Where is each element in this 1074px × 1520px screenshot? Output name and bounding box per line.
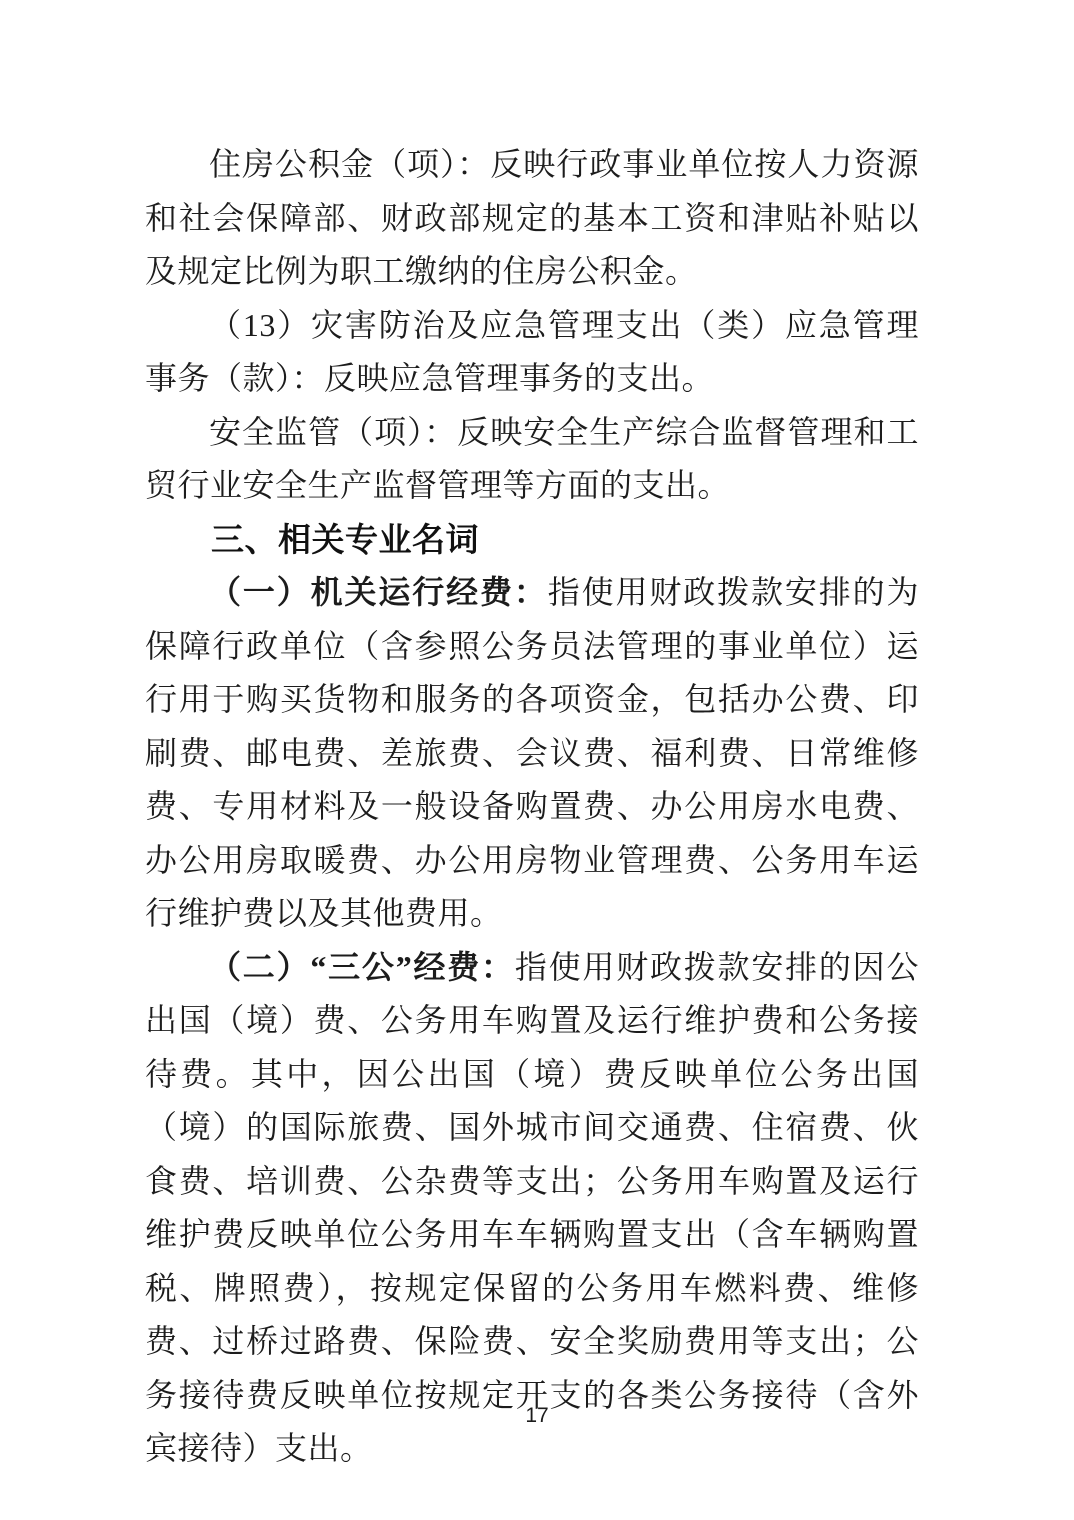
paragraph-text: 安全监管（项）：反映安全生产综合监督管理和工贸行业安全生产监督管理等方面的支出。 xyxy=(145,414,919,504)
section-heading-terms: 三、相关专业名词 xyxy=(145,513,919,567)
document-body: 住房公积金（项）：反映行政事业单位按人力资源和社会保障部、财政部规定的基本工资和… xyxy=(145,138,919,1476)
document-page: 住房公积金（项）：反映行政事业单位按人力资源和社会保障部、财政部规定的基本工资和… xyxy=(0,0,1074,1520)
term-lead-agency-operating-funds: （一）机关运行经费： xyxy=(209,574,548,610)
term-lead-three-public-funds: （二）“三公”经费： xyxy=(209,949,515,985)
paragraph-text: 指使用财政拨款安排的为保障行政单位（含参照公务员法管理的事业单位）运行用于购买货… xyxy=(145,574,919,931)
paragraph-three-public-funds: （二）“三公”经费：指使用财政拨款安排的因公出国（境）费、公务用车购置及运行维护… xyxy=(145,941,919,1476)
paragraph-text: 住房公积金（项）：反映行政事业单位按人力资源和社会保障部、财政部规定的基本工资和… xyxy=(145,146,919,289)
paragraph-safety-supervision: 安全监管（项）：反映安全生产综合监督管理和工贸行业安全生产监督管理等方面的支出。 xyxy=(145,406,919,513)
page-number: 17 xyxy=(0,1403,1074,1429)
paragraph-disaster-emergency: （13）灾害防治及应急管理支出（类）应急管理事务（款）：反映应急管理事务的支出。 xyxy=(145,299,919,406)
paragraph-housing-fund: 住房公积金（项）：反映行政事业单位按人力资源和社会保障部、财政部规定的基本工资和… xyxy=(145,138,919,299)
paragraph-agency-operating-funds: （一）机关运行经费：指使用财政拨款安排的为保障行政单位（含参照公务员法管理的事业… xyxy=(145,566,919,941)
paragraph-text: 指使用财政拨款安排的因公出国（境）费、公务用车购置及运行维护费和公务接待费。其中… xyxy=(145,949,919,1467)
paragraph-text: （13）灾害防治及应急管理支出（类）应急管理事务（款）：反映应急管理事务的支出。 xyxy=(145,307,919,397)
